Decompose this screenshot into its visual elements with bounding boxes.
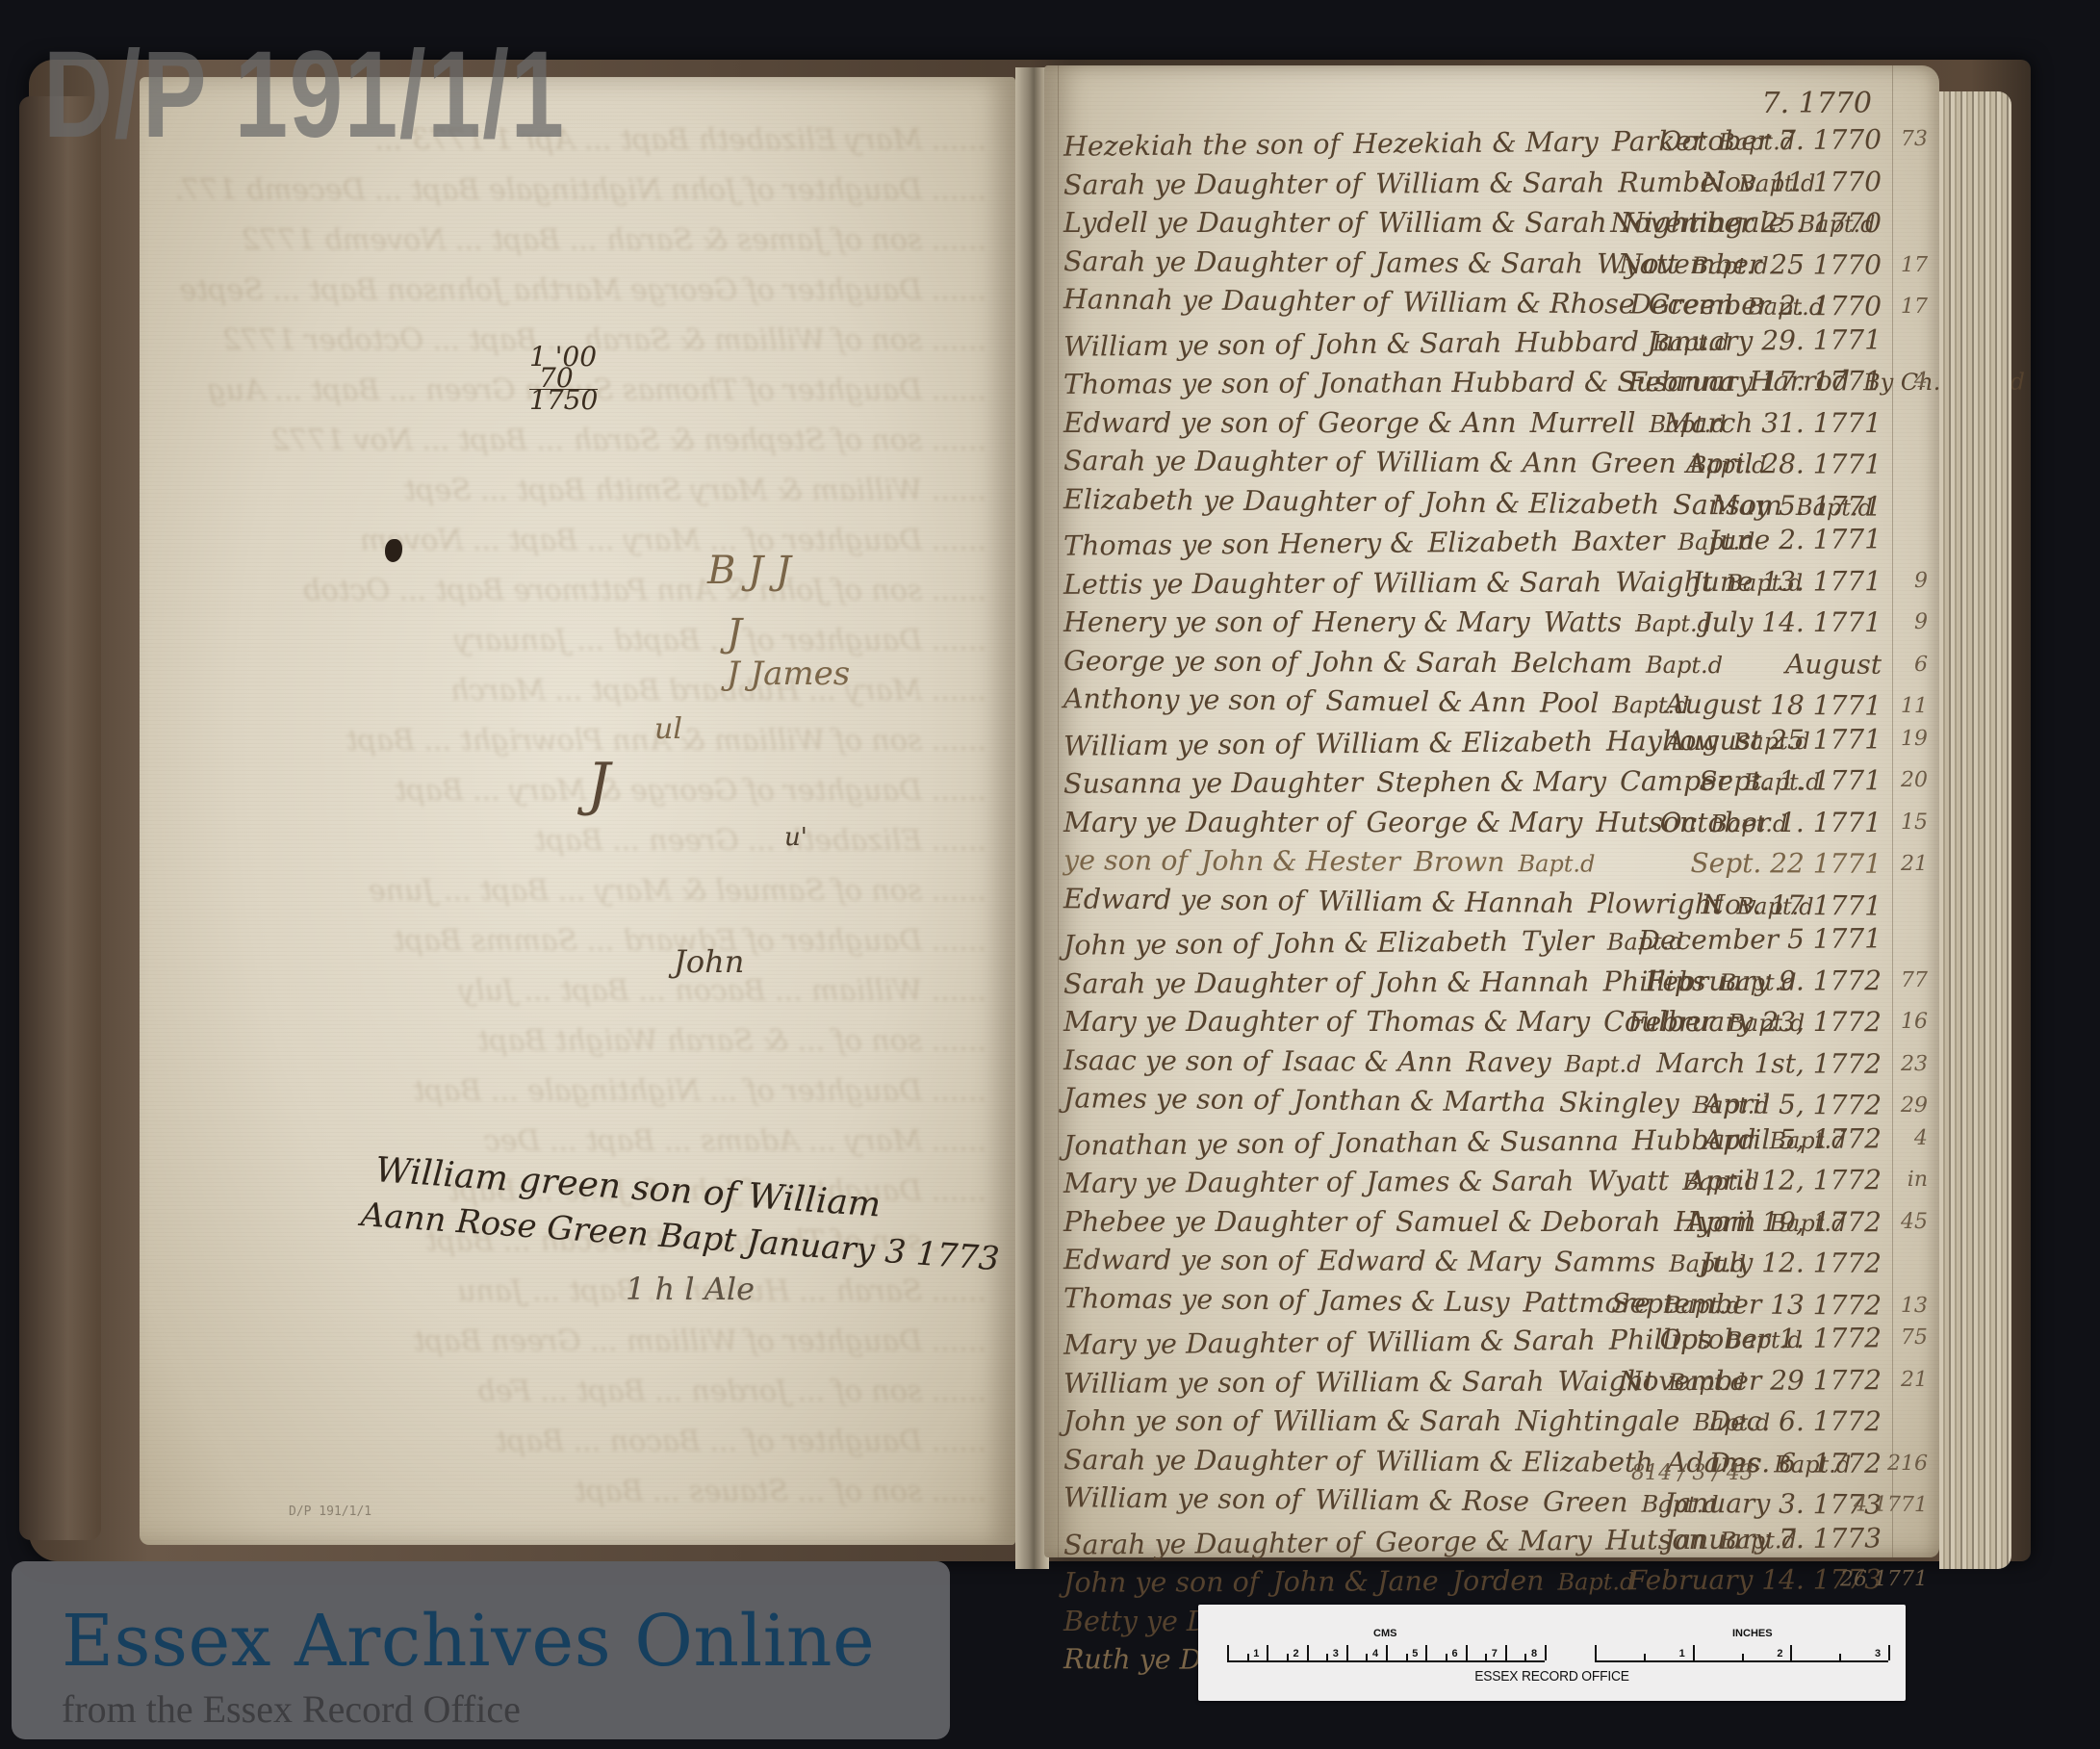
entry-surname: Watts [1544,606,1622,638]
logo-title: Essex Archives Online [62,1600,875,1683]
entry-parents: John & Elizabeth [1272,926,1508,960]
entry-date: November 29 1772 [1619,1360,1882,1402]
ruler-tick [1545,1645,1547,1660]
entry-parents: Elizabeth [1427,526,1558,558]
entry-margin-number: 216 [1887,1443,1928,1483]
entry-date: October 1. 1772 [1659,1318,1882,1360]
scribble: J [587,751,610,818]
entry-surname: Wyatt [1587,1165,1669,1196]
entry-parents: John & Elizabeth [1423,486,1659,520]
entry-child: William ye son of [1063,1481,1302,1515]
ruler-tick-label: 3 [1875,1648,1881,1659]
ruler-tick [1366,1654,1368,1660]
entry-bapt: Bapt.d [1646,651,1723,678]
entry-surname: Nightingale [1516,1405,1680,1437]
register-entry: William ye son ofWilliam & ElizabethHayh… [1063,719,1882,766]
entry-surname: Ravey [1466,1045,1550,1077]
entry-child: Sarah ye Daughter of [1063,1527,1362,1561]
register-entry: John ye son ofJohn & ElizabethTylerBapt.… [1063,918,1882,965]
register-entry: Edward ye son ofGeorge & AnnMurrellBapt.… [1063,403,1882,444]
entry-surname: Jorden [1452,1565,1545,1597]
ruler-tick-label: 5 [1412,1648,1418,1659]
entry-child: Hezekiah the son of [1063,128,1340,163]
entry-parents: William & Rhose [1402,286,1635,320]
entry-margin-number: 6 [1914,645,1928,685]
entry-child: William ye son of [1063,1366,1301,1399]
entry-date: October 1. 1771 [1660,803,1882,843]
ruler-tick [1326,1654,1328,1660]
entry-margin-number: 19 [1901,718,1928,759]
entry-child: Anthony ye son of [1063,682,1313,716]
entry-date: April 5, 1772 [1703,1119,1882,1160]
register-entry: Mary ye Daughter ofThomas & MaryCoulberB… [1063,1002,1882,1042]
register-entry: Henery ye son ofHenery & MaryWattsBapt.d… [1063,603,1882,643]
entry-parents: John & Jane [1272,1565,1439,1598]
entry-parents: George & Mary [1367,807,1583,838]
cms-scale: 12345678 [1227,1641,1545,1662]
entry-child: Mary ye Daughter of [1063,1167,1353,1199]
entry-child: Edward ye son of [1063,883,1305,916]
scribble: B J J [707,549,791,593]
ruler-tick [1346,1645,1348,1660]
page-margin-rule [1892,65,1893,1557]
entry-date: February 17. 1771 [1628,361,1882,402]
entry-margin-number: 45 [1901,1202,1928,1243]
left-page: ...... Mary Elizabeth Bapt ... Apr 1 177… [140,77,1015,1545]
entry-child: Mary ye Daughter of [1063,1326,1353,1361]
entry-date: February 9. 1772 [1645,961,1882,1002]
entry-child: Lydell ye Daughter of [1063,207,1364,239]
page-edges [1939,91,2011,1569]
entry-child: William ye son of [1063,328,1302,362]
entry-date: March 31. 1771 [1664,403,1882,444]
entry-surname: Pool [1540,687,1600,720]
entry-child: Isaac ye son of [1063,1044,1269,1077]
entry-surname: Brown [1414,846,1505,878]
entry-child: Sarah ye Daughter of [1063,445,1362,477]
ruler-tick-label: 8 [1531,1648,1537,1659]
ruler-tick [1888,1645,1890,1660]
entry-parents: Jonathan & Susanna [1334,1124,1619,1159]
entry-child: John ye son of [1063,1566,1259,1599]
register-entry: George ye son ofJohn & SarahBelchamBapt.… [1063,641,1882,684]
entry-parents: William & Rose [1315,1484,1529,1518]
entry-parents: Thomas & Mary [1367,1006,1591,1038]
scribble: J [727,611,742,656]
entry-child: Mary ye Daughter of [1063,1006,1353,1038]
ruler-tick [1466,1645,1468,1660]
entry-surname: Samms [1554,1246,1655,1277]
scribble: John [674,943,744,980]
register-entry: Sarah ye Daughter ofWilliam & AnnGreenBa… [1063,441,1882,484]
ruler-tick-label: 2 [1293,1648,1299,1659]
entry-date: April 19, 1772 [1686,1202,1882,1243]
entry-margin-number: 15 [1901,803,1928,843]
ruler-tick-label: 1 [1679,1648,1685,1659]
entry-surname: Baxter [1572,525,1664,557]
ruler-tick-label: 1 [1253,1648,1259,1659]
entry-parents: George & Ann [1318,407,1516,439]
entry-parents: William & Hannah [1318,885,1575,918]
baptism-register: Hezekiah the son ofHezekiah & MaryParker… [1063,123,1882,1682]
entry-date: November 25 1770 [1619,244,1882,285]
entry-surname: Green [1591,448,1677,479]
year-heading: 7. 1770 [1761,87,1872,120]
entry-parents: Samuel & Ann [1325,685,1526,719]
entry-child: John ye son of [1063,928,1260,962]
entry-surname: Skingley [1559,1087,1679,1119]
register-entry: John ye son ofJohn & JaneJordenBapt.dFeb… [1063,1559,1882,1603]
entry-bapt: Bapt.d [1565,1050,1642,1077]
entry-parents: William & Sarah [1315,1365,1544,1398]
ruler-tick [1287,1654,1289,1660]
register-entry: Lettis ye Daughter ofWilliam & SarahWaig… [1063,561,1882,604]
entry-parents: John & Sarah [1311,646,1498,679]
ruler-tick-label: 6 [1452,1648,1458,1659]
register-entry: William ye son ofJohn & SarahHubbardBapt… [1063,320,1882,367]
entry-date: July 12. 1772 [1701,1243,1882,1283]
entry-parents: James & Sarah [1366,1166,1574,1198]
entry-parents: William & Ann [1375,447,1577,479]
entry-child: Sarah ye Daughter of [1063,966,1362,999]
ruler-tick [1742,1654,1744,1660]
entry-margin-number: 9 [1914,560,1928,601]
entry-date: July 14. 1771 [1701,603,1882,643]
ruler-tick [1406,1654,1408,1660]
ruler-tick-label: 7 [1492,1648,1498,1659]
entry-parents: John & Hannah [1375,965,1590,998]
entry-parents: George & Mary [1375,1524,1592,1557]
entry-margin-number: 21 [1901,844,1928,885]
ruler-tick [1247,1654,1249,1660]
register-entry: Lydell ye Daughter ofWilliam & SarahNigh… [1063,203,1882,244]
entry-margin-number: 20 [1901,760,1928,801]
register-entry: Edward ye son ofEdward & MarySammsBapt.d… [1063,1240,1882,1283]
entry-parents: Hezekiah & Mary [1353,126,1599,160]
register-entry: James ye son ofJonthan & MarthaSkingleyB… [1063,1078,1882,1125]
entry-surname: Tyler [1522,925,1594,958]
entry-parents: William & Elizabeth [1315,725,1593,759]
archive-ref-pencil: D/P 191/1/1 [289,1505,371,1519]
entry-child: Thomas ye son of [1063,1282,1305,1316]
register-entry: Anthony ye son ofSamuel & AnnPoolBapt.dA… [1063,679,1882,726]
entry-child: Sarah ye Daughter of [1063,1444,1362,1477]
entry-surname: Hubbard [1515,325,1639,358]
ruler-tick-label: 4 [1372,1648,1378,1659]
entry-child: Edward ye son of [1063,1244,1304,1276]
entry-margin-number: 9 [1914,603,1928,643]
register-entry: Hezekiah the son ofHezekiah & MaryParker… [1063,119,1882,167]
register-entry: John ye son ofWilliam & SarahNightingale… [1063,1402,1882,1442]
entry-child: Sarah ye Daughter of [1063,245,1362,278]
register-entry: Phebee ye Daughter ofSamuel & DeborahHya… [1063,1202,1882,1243]
entry-margin-number: 73 [1901,119,1928,160]
register-entry: William ye son ofWilliam & SarahWaightBa… [1063,1360,1882,1403]
register-entry: Mary ye Daughter ofJames & SarahWyattBap… [1063,1160,1882,1203]
register-entry: Edward ye son ofWilliam & HannahPlowrigh… [1063,879,1882,926]
register-entry: Sarah ye Daughter ofWilliam & ElizabethA… [1063,1440,1882,1483]
entry-parents: Henery & Mary [1313,606,1530,638]
register-entry: ye son ofJohn & HesterBrownBapt.dSept. 2… [1063,840,1882,884]
register-entry: Susanna ye DaughterStephen & MaryCamperB… [1063,760,1882,804]
entry-child: ye son of [1063,844,1188,877]
tally-note: 814 / 3 / 43 [1631,1461,1754,1485]
ruler-tick [1505,1645,1507,1660]
entry-parents: James & Lusy [1319,1284,1510,1318]
ruler-tick [1267,1645,1268,1660]
register-entry: Sarah ye Daughter ofJohn & HannahPhillip… [1063,961,1882,1004]
essex-archives-logo: Essex Archives Online from the Essex Rec… [12,1561,950,1739]
entry-parents: Isaac & Ann [1283,1045,1453,1078]
ruler-tick [1693,1645,1695,1660]
entry-parents: William & Sarah [1272,1405,1501,1437]
entry-parents: Jonthan & Martha [1293,1084,1546,1118]
entry-parents: William & Elizabeth [1375,1445,1653,1478]
pencil-note: 1 h l Ale [626,1271,755,1307]
bleed-through-text: ...... Mary Elizabeth Bapt ... Apr 1 177… [178,116,986,1517]
register-entry: Sarah ye Daughter ofJames & SarahWyattBa… [1063,242,1882,285]
entry-child: George ye son of [1063,645,1298,678]
entry-date: January 29. 1771 [1647,320,1882,362]
ruler-tick [1386,1645,1388,1660]
entry-surname: Belcham [1512,647,1632,680]
register-entry: Elizabeth ye Daughter ofJohn & Elizabeth… [1063,479,1882,527]
entry-date: March 1st, 1772 [1656,1042,1882,1084]
entry-date: August 25 1771 [1665,719,1882,760]
register-entry: Isaac ye son ofIsaac & AnnRaveyBapt.dMar… [1063,1041,1882,1084]
register-entry: William ye son ofWilliam & RoseGreenBapt… [1063,1478,1882,1525]
register-entry: Mary ye Daughter ofGeorge & MaryHutsonBa… [1063,803,1882,843]
entry-margin-number: 4 [1914,361,1928,401]
calc-line-3: 1750 [529,390,598,411]
ruler-tick [1307,1645,1309,1660]
entry-date: Sept. 1. 1771 [1699,760,1882,801]
register-entry: Thomas ye son Henery &ElizabethBaxterBap… [1063,519,1882,566]
entry-margin-number: 16 [1901,1002,1928,1042]
ruler-tick [1524,1654,1526,1660]
entry-parents: James & Sarah [1375,246,1583,279]
scribble: ul [654,712,682,746]
ruler-tick [1790,1645,1792,1660]
ruler-tick-label: 3 [1333,1648,1339,1659]
ruler-tick [1839,1654,1841,1660]
entry-date: June 2. 1771 [1708,519,1882,560]
entry-child: Mary ye Daughter of [1063,807,1353,838]
entry-date: January 7. 1773 [1664,1518,1882,1559]
register-entry: Mary ye Daughter ofWilliam & SarahPhilli… [1063,1318,1882,1365]
entry-bapt: Bapt.d [1518,850,1595,877]
entry-date: April 12, 1772 [1686,1160,1882,1200]
ruler-tick [1227,1645,1229,1660]
right-page: 7. 1770 Hezekiah the son ofHezekiah & Ma… [1044,65,1939,1557]
page-margin-rule [1058,65,1059,1557]
entry-parents: John & Hester [1201,845,1400,878]
entry-margin-number: 75 [1901,1318,1928,1358]
entry-margin-number: 21 [1901,1359,1928,1400]
entry-child: William ye son of [1063,728,1302,761]
register-entry: Thomas ye son ofJames & LusyPattmoreBapt… [1063,1278,1882,1325]
entry-date: Nov. 11 1770 [1701,162,1882,202]
entry-surname: Murrell [1530,407,1636,439]
register-entry: Jonathan ye son ofJonathan & SusannaHubb… [1063,1119,1882,1166]
entry-child: Henery ye son of [1063,606,1299,638]
logo-subtitle: from the Essex Record Office [62,1686,521,1732]
register-entry: Hannah ye Daughter ofWilliam & RhoseGree… [1063,279,1882,326]
entry-date: June 13. 1771 [1691,561,1882,602]
entry-parents: Edward & Mary [1318,1245,1541,1277]
ruler-caption: ESSEX RECORD OFFICE [1226,1668,1877,1685]
ruler-tick [1485,1654,1487,1660]
entry-date: October 7. 1770 [1659,119,1882,162]
book-cover-flap [19,96,101,1540]
entry-child: James ye son of [1063,1082,1280,1116]
entry-child: Jonathan ye son of [1063,1127,1320,1161]
entry-child: Hannah ye Daughter of [1063,283,1390,318]
entry-margin-number: 77 [1901,960,1928,1000]
entry-surname: Green [1543,1486,1628,1519]
entry-margin-number: 17 [1901,244,1928,285]
register-entry: Sarah ye Daughter ofGeorge & MaryHutsonB… [1063,1518,1882,1565]
inch-scale: 123 [1595,1641,1888,1662]
entry-child: Elizabeth ye Daughter of [1063,483,1411,518]
entry-child: John ye son of [1063,1405,1259,1437]
entry-parents: Samuel & Deborah [1396,1206,1660,1238]
shelfmark-watermark: D/P 191/1/1 [43,34,566,157]
calc-note: 1 '00 70 1750 [529,347,598,411]
entry-child: Thomas ye son of [1063,368,1305,400]
entry-parents: William & Sarah [1375,167,1604,199]
entry-parents: John & Sarah [1315,326,1502,360]
scribble: u' [784,823,807,852]
register-entry: Thomas ye son ofJonathan Hubbard & Susan… [1063,361,1882,404]
ruler-cms-label: CMS [1373,1628,1396,1639]
entry-margin-number: in [1908,1160,1928,1200]
entry-child: Susanna ye Daughter [1063,766,1363,799]
scale-ruler: CMS 12345678 INCHES 123 ESSEX RECORD OFF… [1198,1605,1906,1701]
entry-date: December 5 1771 [1638,918,1882,961]
entry-parents: Stephen & Mary [1376,765,1606,798]
entry-date: August [1785,644,1882,684]
entry-parents: William & Sarah [1372,566,1601,599]
entry-date: Sept. 22 1771 [1690,843,1882,884]
entry-margin-number: 23 [1901,1043,1928,1084]
entry-child: Sarah ye Daughter of [1063,167,1362,200]
entry-bapt: Bapt.d [1557,1568,1634,1595]
entry-date: April 28. 1771 [1686,444,1882,484]
entry-date: February 23, 1772 [1628,1002,1882,1042]
ruler-tick [1425,1645,1427,1660]
scribble: J James [727,655,850,693]
entry-parents: William & Sarah [1377,207,1606,239]
ruler-tick-label: 2 [1777,1648,1782,1659]
entry-child: Lettis ye Daughter of [1063,567,1359,600]
ruler-tick [1595,1645,1597,1660]
ruler-tick [1644,1654,1646,1660]
entry-margin-number: 26 1771 [1840,1559,1928,1600]
entry-margin-number: 4 [1914,1118,1928,1158]
entry-child: Phebee ye Daughter of [1063,1206,1382,1238]
entry-parents: William & Sarah [1366,1325,1596,1358]
entry-margin-number: 17 [1901,287,1928,327]
register-entry: Sarah ye Daughter ofWilliam & SarahRumbe… [1063,162,1882,205]
entry-date: November 25. 1770 [1610,203,1882,244]
entry-date: Dec. 6. 1772 [1709,1402,1882,1442]
entry-child: Edward ye son of [1063,407,1304,439]
ruler-tick [1446,1654,1447,1660]
ruler-inches-label: INCHES [1732,1628,1773,1639]
entry-child: Thomas ye son Henery & [1063,527,1415,562]
